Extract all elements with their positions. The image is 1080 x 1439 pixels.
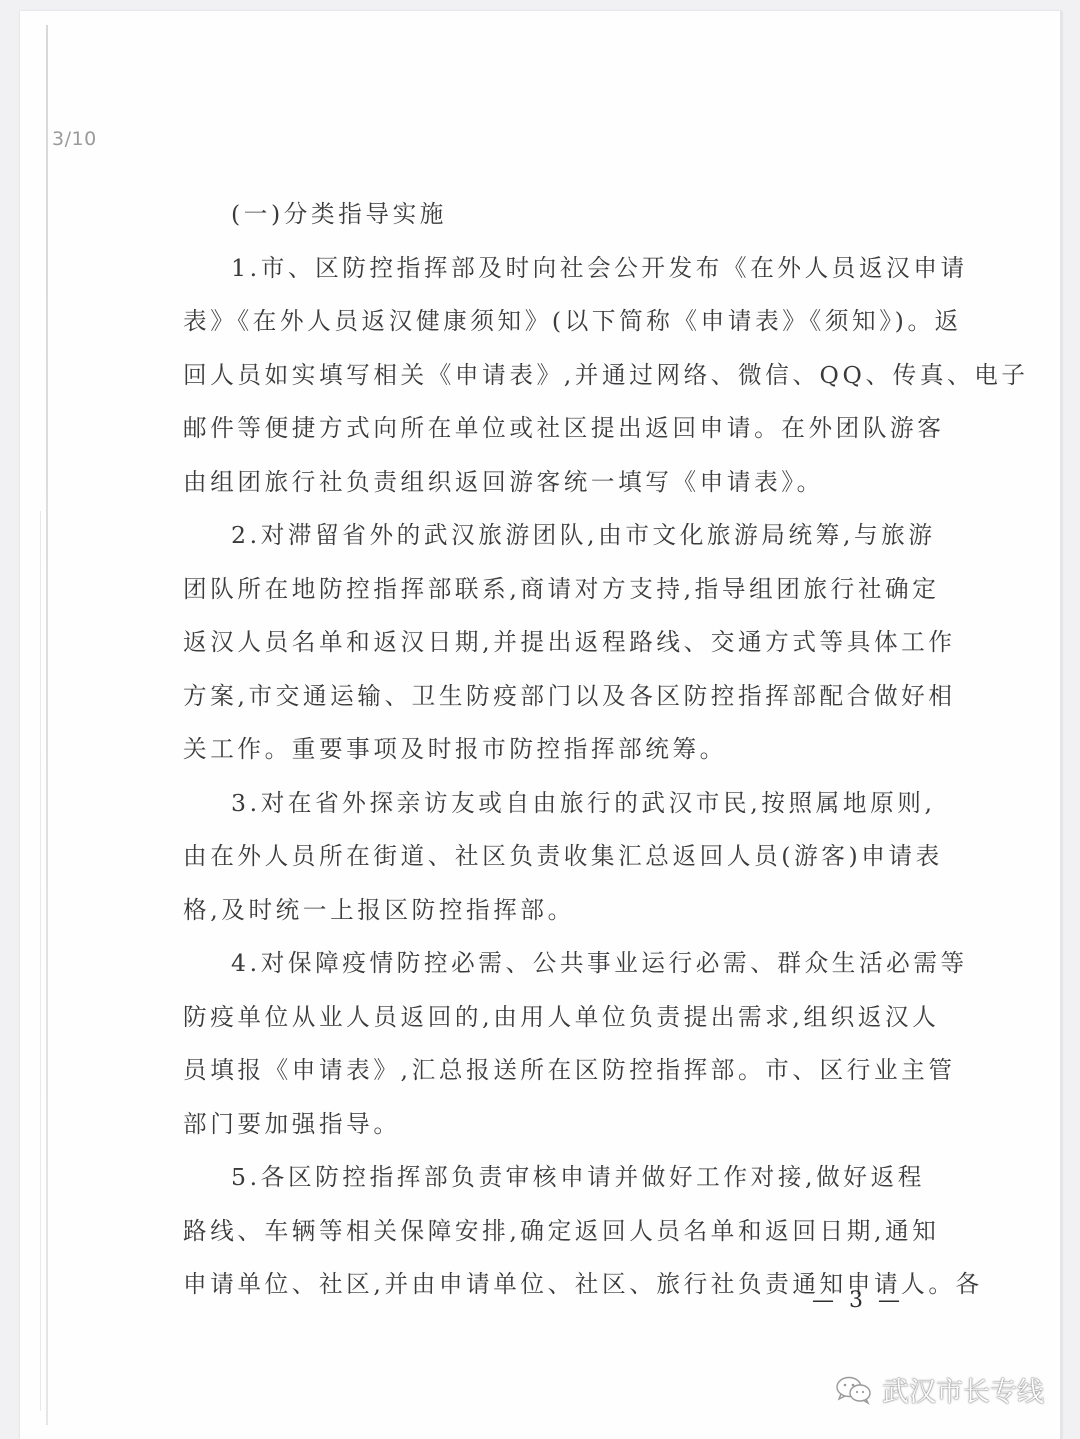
text-line: 方案,市交通运输、卫生防疫部门以及各区防控指挥部配合做好相 (183, 670, 925, 724)
text-line: 关工作。重要事项及时报市防控指挥部统筹。 (183, 723, 925, 777)
text-line: 4.对保障疫情防控必需、公共事业运行必需、群众生活必需等 (183, 937, 925, 991)
watermark: 武汉市长专线 (834, 1370, 1044, 1409)
watermark-text: 武汉市长专线 (882, 1370, 1044, 1409)
paragraph-4: 4.对保障疫情防控必需、公共事业运行必需、群众生活必需等 防疫单位从业人员返回的… (183, 937, 925, 1151)
wechat-icon (834, 1375, 874, 1405)
text-line: 防疫单位从业人员返回的,由用人单位负责提出需求,组织返汉人 (183, 991, 925, 1045)
text-line: 返汉人员名单和返汉日期,并提出返程路线、交通方式等具体工作 (183, 616, 925, 670)
text-line: 5.各区防控指挥部负责审核申请并做好工作对接,做好返程 (183, 1151, 925, 1205)
binding-line (46, 25, 48, 1425)
text-line: 格,及时统一上报区防控指挥部。 (183, 884, 925, 938)
text-line: 2.对滞留省外的武汉旅游团队,由市文化旅游局统筹,与旅游 (183, 509, 925, 563)
text-line: 团队所在地防控指挥部联系,商请对方支持,指导组团旅行社确定 (183, 563, 925, 617)
text-line: 1.市、区防控指挥部及时向社会公开发布《在外人员返汉申请 (183, 242, 925, 296)
text-line: 邮件等便捷方式向所在单位或社区提出返回申请。在外团队游客 (183, 402, 925, 456)
text-line: 员填报《申请表》,汇总报送所在区防控指挥部。市、区行业主管 (183, 1044, 925, 1098)
binding-line-secondary (40, 511, 41, 1411)
document-body: (一)分类指导实施 1.市、区防控指挥部及时向社会公开发布《在外人员返汉申请 表… (183, 188, 925, 1312)
text-line: 3.对在省外探亲访友或自由旅行的武汉市民,按照属地原则, (183, 777, 925, 831)
text-line: 表》《在外人员返汉健康须知》(以下简称《申请表》《须知》)。返 (183, 295, 925, 349)
text-line: 部门要加强指导。 (183, 1098, 925, 1152)
text-line: 路线、车辆等相关保障安排,确定返回人员名单和返回日期,通知 (183, 1205, 925, 1259)
text-line: 由在外人员所在街道、社区负责收集汇总返回人员(游客)申请表 (183, 830, 925, 884)
page-indicator: 3/10 (52, 126, 97, 152)
paragraph-3: 3.对在省外探亲访友或自由旅行的武汉市民,按照属地原则, 由在外人员所在街道、社… (183, 777, 925, 938)
page-number: — 3 — (812, 1288, 904, 1313)
paragraph-1: 1.市、区防控指挥部及时向社会公开发布《在外人员返汉申请 表》《在外人员返汉健康… (183, 242, 925, 510)
section-heading: (一)分类指导实施 (183, 188, 925, 242)
text-line: 回人员如实填写相关《申请表》,并通过网络、微信、QQ、传真、电子 (183, 349, 925, 403)
text-line: 由组团旅行社负责组织返回游客统一填写《申请表》。 (183, 456, 925, 510)
paragraph-2: 2.对滞留省外的武汉旅游团队,由市文化旅游局统筹,与旅游 团队所在地防控指挥部联… (183, 509, 925, 777)
